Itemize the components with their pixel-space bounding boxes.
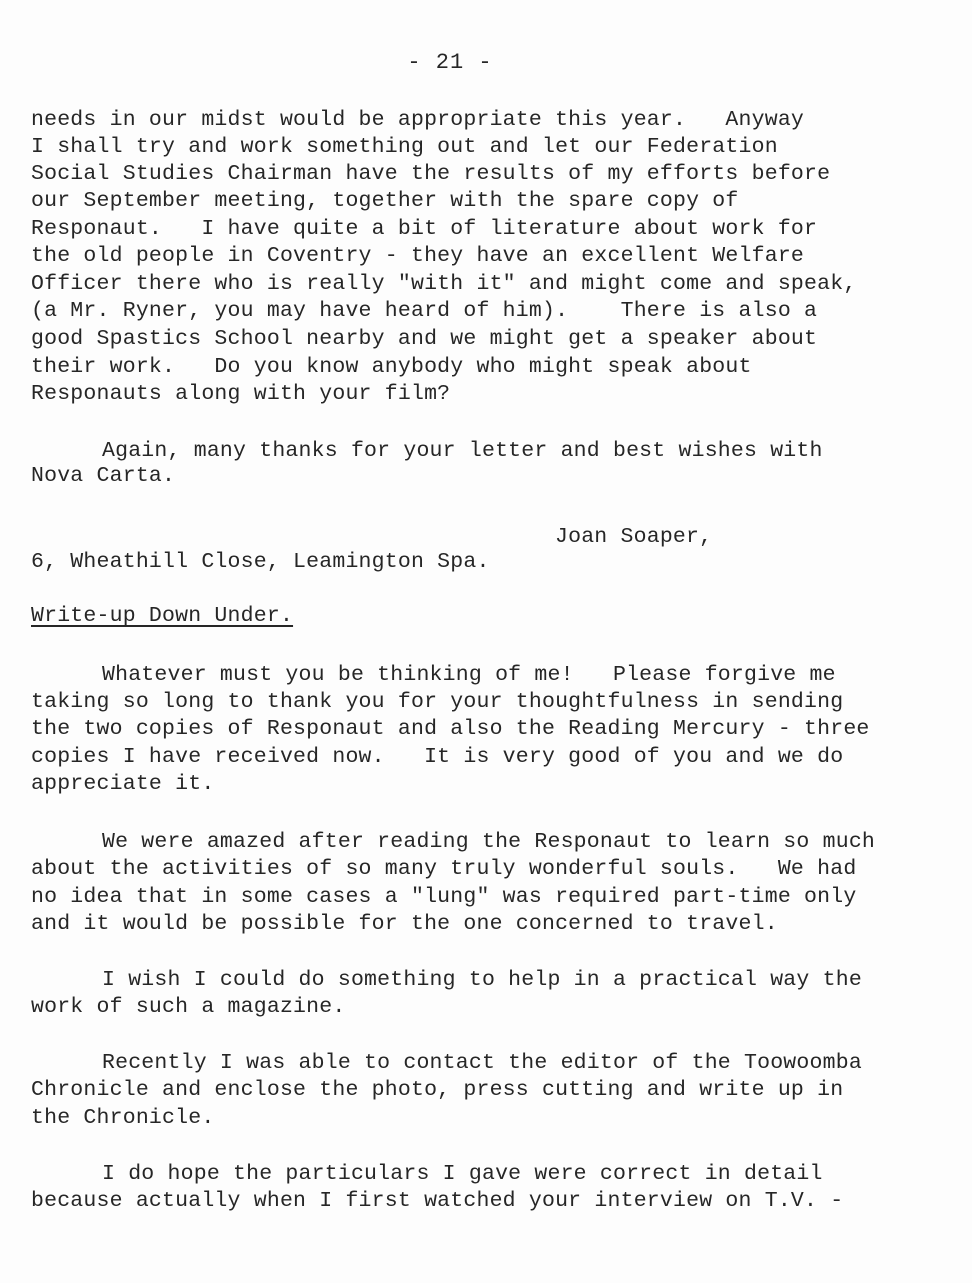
text-line: our September meeting, together with the…	[31, 188, 739, 214]
address: 6, Wheathill Close, Leamington Spa.	[31, 549, 490, 575]
text-line: because actually when I first watched yo…	[31, 1188, 843, 1214]
text-line: Chronicle and enclose the photo, press c…	[31, 1077, 843, 1103]
text-line: the two copies of Responaut and also the…	[31, 716, 870, 742]
page-number: - 21 -	[0, 50, 900, 75]
text-line: I do hope the particulars I gave were co…	[102, 1161, 823, 1187]
text-line: Recently I was able to contact the edito…	[102, 1050, 862, 1076]
text-line: the Chronicle.	[31, 1105, 214, 1131]
text-line: copies I have received now. It is very g…	[31, 744, 843, 770]
text-line: Responaut. I have quite a bit of literat…	[31, 216, 817, 242]
text-line: needs in our midst would be appropriate …	[31, 107, 804, 133]
text-line: Nova Carta.	[31, 463, 175, 489]
section-heading: Write-up Down Under.	[31, 603, 293, 629]
text-line: no idea that in some cases a "lung" was …	[31, 884, 856, 910]
document-page: - 21 - needs in our midst would be appro…	[0, 0, 972, 1283]
signature: Joan Soaper,	[555, 524, 712, 550]
text-line: appreciate it.	[31, 771, 214, 797]
text-line: good Spastics School nearby and we might…	[31, 326, 817, 352]
text-line: Responauts along with your film?	[31, 381, 450, 407]
text-line: I wish I could do something to help in a…	[102, 967, 862, 993]
text-line: Officer there who is really "with it" an…	[31, 271, 856, 297]
text-line: work of such a magazine.	[31, 994, 345, 1020]
text-line: Social Studies Chairman have the results…	[31, 161, 830, 187]
text-line: and it would be possible for the one con…	[31, 911, 778, 937]
text-line: (a Mr. Ryner, you may have heard of him)…	[31, 298, 817, 324]
text-line: the old people in Coventry - they have a…	[31, 243, 804, 269]
text-line: Whatever must you be thinking of me! Ple…	[102, 662, 836, 688]
text-line: about the activities of so many truly wo…	[31, 856, 856, 882]
text-line: I shall try and work something out and l…	[31, 134, 778, 160]
text-line: taking so long to thank you for your tho…	[31, 689, 843, 715]
text-line: We were amazed after reading the Respona…	[102, 829, 875, 855]
text-line: their work. Do you know anybody who migh…	[31, 354, 752, 380]
text-line: Again, many thanks for your letter and b…	[102, 438, 823, 464]
